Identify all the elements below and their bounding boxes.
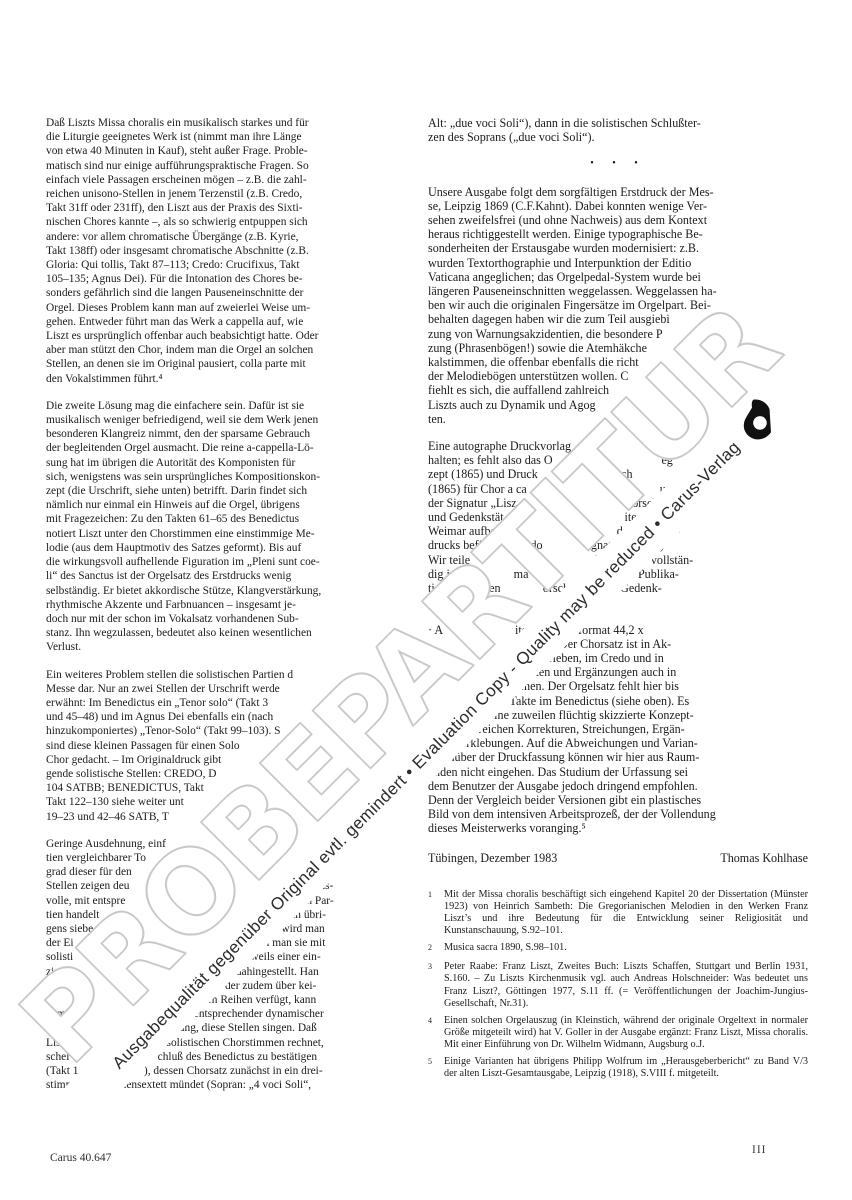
footnote-text: Mit der Missa choralis beschäftigt sich … (444, 889, 808, 937)
dateline: Tübingen, Dezember 1983 Thomas Kohlhase (428, 851, 808, 865)
paragraph-continuation: Alt: „due voci Soli“), dann in die solis… (428, 116, 808, 144)
footnotes: 1 Mit der Missa choralis beschäftigt sic… (428, 889, 808, 1080)
footnote-marker: 5 (428, 1055, 444, 1079)
footnote-text: Einen solchen Orgelauszug (in Kleinstich… (444, 1015, 808, 1051)
footnote-marker: 3 (428, 960, 444, 1008)
footnote-text: Einige Varianten hat übrigens Philipp Wo… (444, 1056, 808, 1080)
scanned-preface-page: Daß Liszts Missa choralis ein musikalisc… (0, 0, 852, 1200)
page-number: III (752, 1144, 767, 1156)
footnote: 5 Einige Varianten hat übrigens Philipp … (428, 1056, 808, 1080)
dateline-author: Thomas Kohlhase (720, 851, 808, 865)
paragraph-performance-problems: Daß Liszts Missa choralis ein musikalisc… (46, 116, 396, 386)
paragraph-manuscript-format: · A iten im Hochformat 44,2 x ystemen. D… (428, 623, 808, 836)
section-separator: • • • (428, 157, 808, 171)
footnote-text: Musica sacra 1890, S.98–101. (444, 942, 567, 956)
paragraph-solo-passages: Ein weiteres Problem stellen die solisti… (46, 668, 396, 824)
edition-number: Carus 40.647 (50, 1152, 111, 1164)
paragraph-second-solution: Die zweite Lösung mag die einfachere sei… (46, 399, 396, 655)
footnote-marker: 2 (428, 941, 444, 955)
footnote-marker: 4 (428, 1014, 444, 1050)
footnote-marker: 1 (428, 888, 444, 936)
dateline-place-date: Tübingen, Dezember 1983 (428, 851, 557, 865)
footnote: 3 Peter Raabe: Franz Liszt, Zweites Buch… (428, 961, 808, 1009)
footnote-text: Peter Raabe: Franz Liszt, Zweites Buch: … (444, 961, 808, 1009)
footnote: 1 Mit der Missa choralis beschäftigt sic… (428, 889, 808, 937)
footnote: 4 Einen solchen Orgelauszug (in Kleinsti… (428, 1015, 808, 1051)
paragraph-edition-source: Unsere Ausgabe folgt dem sorgfältigen Er… (428, 185, 808, 426)
footnote: 2 Musica sacra 1890, S.98–101. (428, 942, 808, 956)
right-column: Alt: „due voci Soli“), dann in die solis… (428, 116, 808, 1085)
